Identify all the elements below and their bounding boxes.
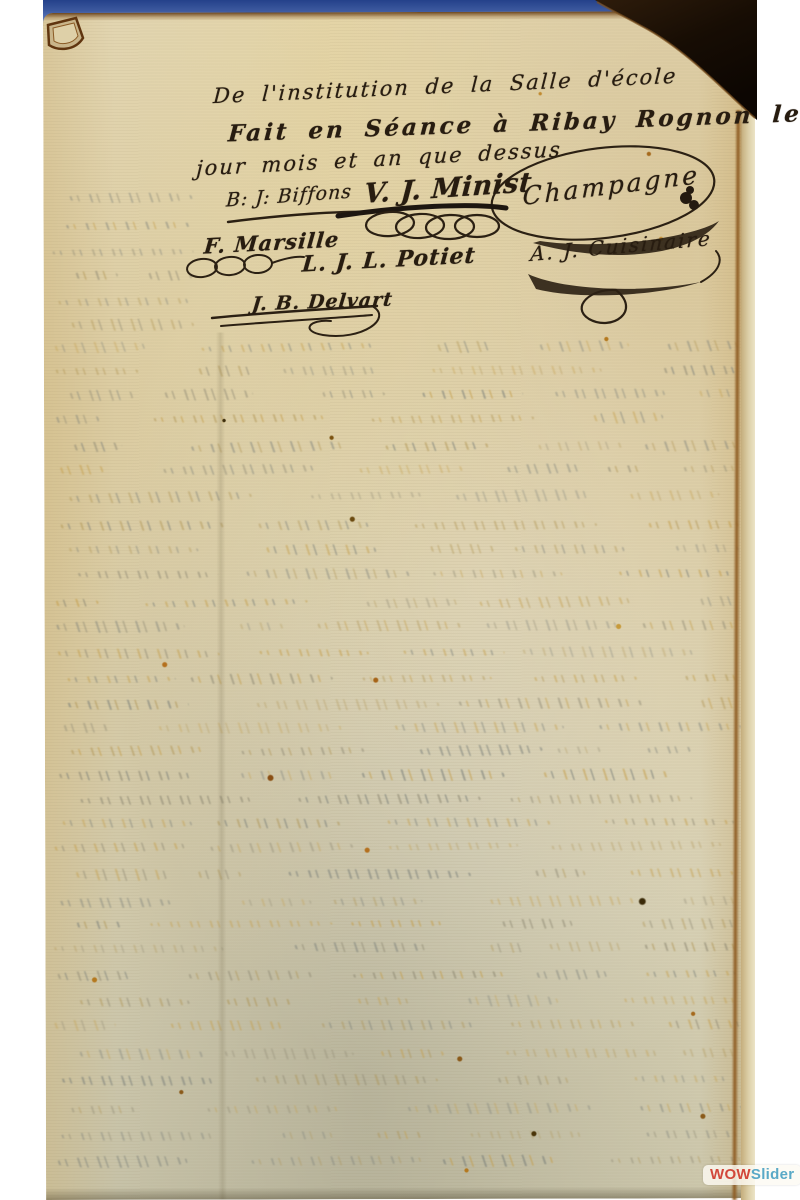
bleedthrough-stroke xyxy=(59,1132,221,1141)
bleedthrough-stroke xyxy=(467,995,559,1007)
foxing-spot xyxy=(329,435,334,440)
bleedthrough-stroke xyxy=(56,648,220,659)
bleedthrough-stroke xyxy=(622,996,742,1004)
bleedthrough-stroke xyxy=(496,1076,572,1085)
bleedthrough-stroke xyxy=(360,769,506,781)
bleedthrough-stroke xyxy=(428,544,496,554)
bleedthrough-stroke xyxy=(356,997,411,1005)
bleedthrough-stroke xyxy=(412,520,597,530)
bleedthrough-stroke xyxy=(386,842,518,851)
bleedthrough-stroke xyxy=(642,942,741,951)
bleedthrough-stroke xyxy=(257,649,370,657)
watermark-wow-text: WOW xyxy=(710,1166,751,1183)
bleedthrough-stroke xyxy=(646,520,740,530)
bleedthrough-stroke xyxy=(280,1131,335,1139)
bleedthrough-stroke xyxy=(681,465,740,473)
bleedthrough-stroke xyxy=(60,818,194,828)
bleedthrough-stroke xyxy=(638,1103,742,1113)
bleedthrough-stroke xyxy=(52,842,189,854)
bleedthrough-stroke xyxy=(350,970,511,980)
bleedthrough-stroke xyxy=(57,771,195,781)
bleedthrough-stroke xyxy=(223,1048,354,1059)
bleedthrough-stroke xyxy=(292,942,433,952)
bleedthrough-stroke xyxy=(542,768,671,780)
bleedthrough-stroke xyxy=(488,943,530,953)
slider-photo-old-manuscript: De l'institution de la Salle d'école Fai… xyxy=(0,0,800,1200)
bleedthrough-stroke xyxy=(58,520,227,531)
foxing-spot xyxy=(178,1089,183,1094)
bleedthrough-stroke xyxy=(641,620,741,630)
bleedthrough-stroke xyxy=(616,569,734,577)
bleedthrough-stroke xyxy=(186,970,315,982)
bleedthrough-stroke xyxy=(78,998,191,1007)
bleedthrough-stroke xyxy=(281,366,383,375)
foxing-spot xyxy=(603,336,608,341)
photo-left-margin xyxy=(0,0,43,1200)
bleedthrough-stroke xyxy=(667,1019,742,1029)
foxing-spot xyxy=(638,897,646,905)
bleedthrough-stroke xyxy=(521,646,696,658)
bleedthrough-stroke xyxy=(199,341,379,353)
bleedthrough-stroke xyxy=(249,1155,426,1166)
bleedthrough-stroke xyxy=(147,920,333,928)
bleedthrough-stroke xyxy=(385,818,553,828)
bleedthrough-stroke xyxy=(666,339,740,352)
bleedthrough-stroke xyxy=(383,441,490,452)
bleedthrough-stroke xyxy=(157,722,343,733)
bleedthrough-stroke xyxy=(65,675,176,683)
bleedthrough-stroke xyxy=(508,794,692,804)
bleedthrough-stroke xyxy=(239,746,367,757)
bleedthrough-stroke xyxy=(197,365,256,376)
bleedthrough-stroke xyxy=(357,464,466,475)
bleedthrough-stroke xyxy=(215,818,341,829)
bleedthrough-stroke xyxy=(74,869,175,881)
bleedthrough-stroke xyxy=(509,1019,639,1028)
bleedthrough-stroke xyxy=(430,570,564,578)
bleedthrough-stroke xyxy=(238,622,285,630)
bleedthrough-stroke xyxy=(608,1155,742,1164)
bleedthrough-stroke xyxy=(605,465,646,473)
bleedthrough-stroke xyxy=(255,699,440,711)
bleedthrough-stroke xyxy=(308,491,427,500)
bleedthrough-stroke xyxy=(66,546,199,554)
foxing-spot xyxy=(457,1056,463,1062)
foxing-spot xyxy=(266,774,273,781)
foxing-spot xyxy=(616,623,622,629)
bleedthrough-stroke xyxy=(286,869,472,880)
bleedthrough-stroke xyxy=(592,411,663,424)
bleedthrough-stroke xyxy=(488,895,637,907)
bleedthrough-stroke xyxy=(602,818,736,826)
foxing-spot xyxy=(464,1167,469,1172)
bleedthrough-stroke xyxy=(500,918,574,928)
bleedthrough-stroke xyxy=(533,869,586,878)
bleedthrough-stroke xyxy=(348,920,445,928)
bleedthrough-stroke xyxy=(628,489,719,501)
bleedthrough-stroke xyxy=(78,1049,207,1060)
bleedthrough-stroke xyxy=(477,595,633,609)
bleedthrough-stroke xyxy=(532,674,638,683)
bleedthrough-stroke xyxy=(549,840,722,852)
bleedthrough-stroke xyxy=(645,746,694,754)
watermark-slider-text: Slider xyxy=(751,1166,794,1183)
bleedthrough-stroke xyxy=(72,441,122,452)
foxing-spot xyxy=(373,677,379,683)
paper-crease xyxy=(216,333,227,1200)
bleedthrough-stroke xyxy=(66,700,189,710)
bleedthrough-stroke xyxy=(504,1048,666,1058)
bleedthrough-stroke xyxy=(58,898,172,909)
bleedthrough-stroke xyxy=(534,969,609,980)
bleedthrough-stroke xyxy=(56,297,194,307)
bleedthrough-stroke xyxy=(436,340,494,353)
bleedthrough-stroke xyxy=(56,1155,189,1169)
bleedthrough-stroke xyxy=(331,897,422,906)
bleedthrough-stroke xyxy=(239,898,312,906)
bleedthrough-stroke xyxy=(50,248,194,256)
bleedthrough-stroke xyxy=(151,413,328,423)
bleedthrough-stroke xyxy=(53,341,147,354)
bleedthrough-stroke xyxy=(60,1076,219,1086)
bleedthrough-stroke xyxy=(244,568,412,579)
bleedthrough-stroke xyxy=(538,340,629,353)
bleedthrough-stroke xyxy=(225,997,294,1006)
bleedthrough-stroke xyxy=(628,868,734,877)
bleedthrough-stroke xyxy=(75,571,218,579)
bleedthrough-stroke xyxy=(64,221,194,231)
bleedthrough-stroke xyxy=(53,598,98,607)
bleedthrough-stroke xyxy=(420,389,523,399)
bleedthrough-stroke xyxy=(316,620,463,631)
bleedthrough-stroke xyxy=(74,921,124,929)
bleedthrough-stroke xyxy=(74,271,118,280)
bleedthrough-stroke xyxy=(54,415,100,425)
bleedthrough-stroke xyxy=(296,793,482,804)
bleedthrough-stroke xyxy=(640,918,741,930)
bleedthrough-stroke xyxy=(55,970,137,981)
bleedthrough-stroke xyxy=(53,368,140,375)
bleedthrough-stroke xyxy=(643,439,740,452)
bleedthrough-stroke xyxy=(69,1106,138,1114)
bleedthrough-stroke xyxy=(169,1020,291,1030)
bleedthrough-stroke xyxy=(662,365,740,375)
bleedthrough-stroke xyxy=(163,388,253,401)
foxing-spot xyxy=(700,1113,706,1119)
bleedthrough-stroke xyxy=(208,841,354,854)
bleedthrough-stroke xyxy=(69,744,206,757)
foxing-spot xyxy=(364,847,370,853)
bleedthrough-stroke xyxy=(55,621,185,633)
bleedthrough-stroke xyxy=(62,723,110,733)
bleedthrough-stroke xyxy=(536,441,625,452)
bleedthrough-stroke xyxy=(553,388,667,399)
bleedthrough-stroke xyxy=(320,390,385,399)
foxing-spot xyxy=(646,151,651,156)
bleedthrough-stroke xyxy=(147,271,194,281)
bleedthrough-stroke xyxy=(393,722,564,733)
bleedthrough-stroke xyxy=(468,1131,587,1139)
bleedthrough-stroke xyxy=(430,366,603,375)
bleedthrough-stroke xyxy=(401,649,505,657)
bleedthrough-stroke xyxy=(547,942,628,952)
bleedthrough-stroke xyxy=(58,464,105,475)
bleedthrough-stroke xyxy=(643,970,736,978)
bleedthrough-stroke xyxy=(632,1075,733,1082)
bleedthrough-stroke xyxy=(644,1130,742,1138)
bleedthrough-stroke xyxy=(512,545,627,554)
bleedthrough-stroke xyxy=(161,463,319,476)
foxing-spot xyxy=(531,1131,537,1137)
bleedthrough-stroke xyxy=(555,746,604,754)
bleedthrough-stroke xyxy=(189,673,333,685)
bleedthrough-stroke xyxy=(68,390,136,402)
bleedthrough-stroke xyxy=(505,463,585,474)
foxing-spot xyxy=(162,662,168,668)
bleedthrough-stroke xyxy=(189,440,351,454)
bleedthrough-stroke xyxy=(379,1049,445,1058)
bleedthrough-stroke xyxy=(51,945,227,953)
bleedthrough-stroke xyxy=(454,488,595,503)
bleedthrough-stroke xyxy=(673,544,740,552)
bleedthrough-stroke xyxy=(254,1074,438,1086)
bleedthrough-stroke xyxy=(256,520,370,531)
bleedthrough-stroke xyxy=(78,795,256,805)
foxing-spot xyxy=(349,516,355,522)
bleedthrough-stroke xyxy=(70,319,194,331)
bleedthrough-stroke xyxy=(485,619,621,630)
bleedthrough-stroke xyxy=(375,1131,425,1139)
bleedthrough-stroke xyxy=(360,674,493,682)
bleedthrough-stroke xyxy=(597,722,741,731)
bleedthrough-stroke xyxy=(264,544,377,555)
foxing-spot xyxy=(690,1011,695,1016)
bleedthrough-stroke xyxy=(53,1020,116,1031)
bleedthrough-stroke xyxy=(67,192,193,203)
bleedthrough-stroke xyxy=(369,414,535,424)
photo-right-margin xyxy=(755,0,800,1200)
bleedthrough-stroke xyxy=(320,1020,477,1030)
bleedthrough-stroke xyxy=(406,1102,594,1114)
page-corner-fold xyxy=(45,15,93,61)
bleedthrough-stroke xyxy=(457,697,646,709)
wowslider-watermark[interactable]: WOWSlider xyxy=(703,1165,800,1185)
paper-bottom-shadow xyxy=(46,1186,758,1200)
foxing-spot xyxy=(92,977,98,983)
bleedthrough-stroke xyxy=(239,770,341,780)
bleedthrough-stroke xyxy=(364,597,460,609)
bleedthrough-stroke xyxy=(441,1154,557,1168)
facing-page-edge xyxy=(741,96,755,1200)
bleedthrough-stroke xyxy=(418,744,543,757)
